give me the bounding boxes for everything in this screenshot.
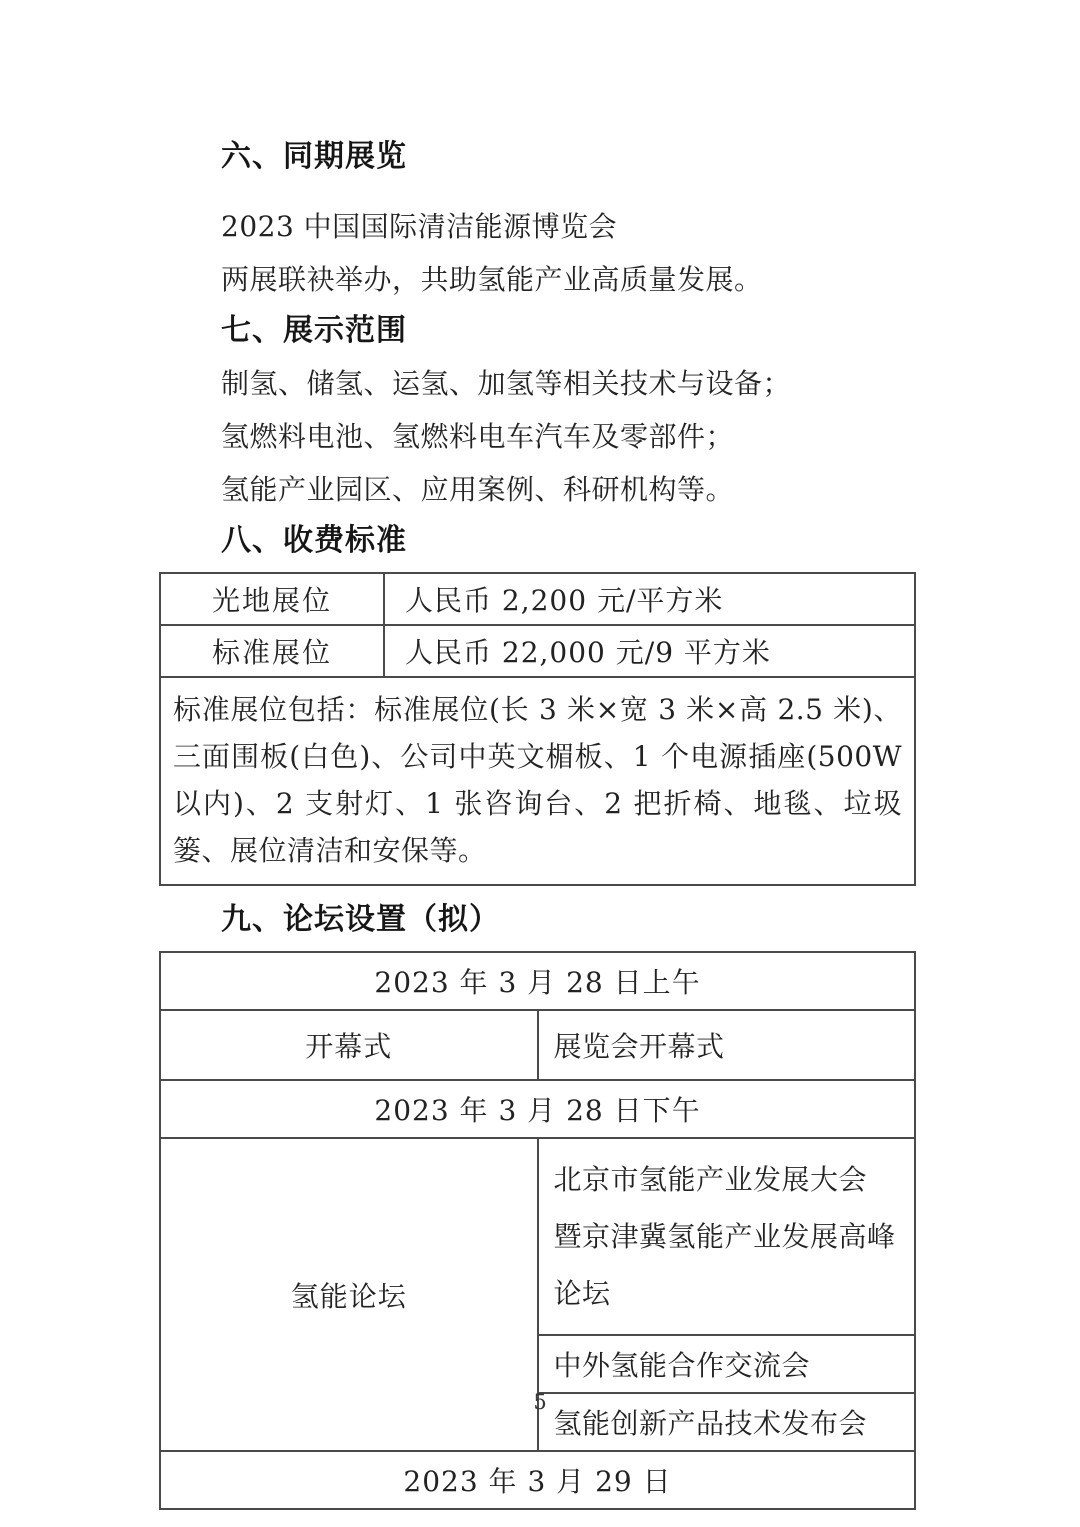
fee-note-text: 标准展位包括：标准展位(长 3 米×宽 3 米×高 2.5 米)、三面围板(白色… bbox=[160, 677, 915, 885]
forum-row-session3-date: 2023 年 3 月 29 日 bbox=[160, 1451, 915, 1509]
fee-open-space-price: 人民币 2,200 元/平方米 bbox=[384, 573, 915, 625]
section-seven-line-3: 氢能产业园区、应用案例、科研机构等。 bbox=[221, 473, 916, 507]
page-number: 5 bbox=[0, 1390, 1080, 1414]
forum-session1-date: 2023 年 3 月 28 日上午 bbox=[160, 952, 915, 1010]
fee-open-space-label: 光地展位 bbox=[160, 573, 384, 625]
forum-session3-date: 2023 年 3 月 29 日 bbox=[160, 1451, 915, 1509]
section-seven-line-1: 制氢、储氢、运氢、加氢等相关技术与设备； bbox=[221, 367, 916, 401]
forum-item-1: 北京市氢能产业发展大会 暨京津冀氢能产业发展高峰论坛 bbox=[538, 1138, 916, 1335]
document-page: 六、同期展览 2023 中国国际清洁能源博览会 两展联袂举办，共助氢能产业高质量… bbox=[0, 0, 1080, 1527]
forum-row-opening: 开幕式 展览会开幕式 bbox=[160, 1010, 915, 1080]
section-nine-heading: 九、论坛设置（拟） bbox=[221, 903, 916, 937]
forum-session2-date: 2023 年 3 月 28 日下午 bbox=[160, 1080, 915, 1138]
forum-row-session1-date: 2023 年 3 月 28 日上午 bbox=[160, 952, 915, 1010]
page-content: 六、同期展览 2023 中国国际清洁能源博览会 两展联袂举办，共助氢能产业高质量… bbox=[159, 140, 916, 1510]
section-seven-line-2: 氢燃料电池、氢燃料电车汽车及零部件； bbox=[221, 420, 916, 454]
section-seven-heading: 七、展示范围 bbox=[221, 314, 916, 348]
forum-opening-label: 开幕式 bbox=[160, 1010, 538, 1080]
fee-table-row-standard-booth: 标准展位 人民币 22,000 元/9 平方米 bbox=[160, 625, 915, 677]
forum-opening-value: 展览会开幕式 bbox=[538, 1010, 916, 1080]
forum-table: 2023 年 3 月 28 日上午 开幕式 展览会开幕式 2023 年 3 月 … bbox=[159, 951, 916, 1510]
fee-standard-booth-price: 人民币 22,000 元/9 平方米 bbox=[384, 625, 915, 677]
forum-item-2: 中外氢能合作交流会 bbox=[538, 1335, 916, 1393]
fee-table-row-note: 标准展位包括：标准展位(长 3 米×宽 3 米×高 2.5 米)、三面围板(白色… bbox=[160, 677, 915, 885]
forum-row-session2-date: 2023 年 3 月 28 日下午 bbox=[160, 1080, 915, 1138]
section-six-heading: 六、同期展览 bbox=[221, 140, 916, 174]
forum-item-1-line-1: 北京市氢能产业发展大会 bbox=[554, 1151, 900, 1208]
section-six-line-2: 两展联袂举办，共助氢能产业高质量发展。 bbox=[221, 263, 916, 297]
fee-standard-booth-label: 标准展位 bbox=[160, 625, 384, 677]
fee-table: 光地展位 人民币 2,200 元/平方米 标准展位 人民币 22,000 元/9… bbox=[159, 572, 916, 886]
forum-item-1-line-2: 暨京津冀氢能产业发展高峰论坛 bbox=[554, 1208, 900, 1322]
section-eight-heading: 八、收费标准 bbox=[221, 524, 916, 558]
fee-table-row-open-space: 光地展位 人民币 2,200 元/平方米 bbox=[160, 573, 915, 625]
section-six-line-1: 2023 中国国际清洁能源博览会 bbox=[221, 210, 916, 244]
forum-row-item1: 氢能论坛 北京市氢能产业发展大会 暨京津冀氢能产业发展高峰论坛 bbox=[160, 1138, 915, 1335]
